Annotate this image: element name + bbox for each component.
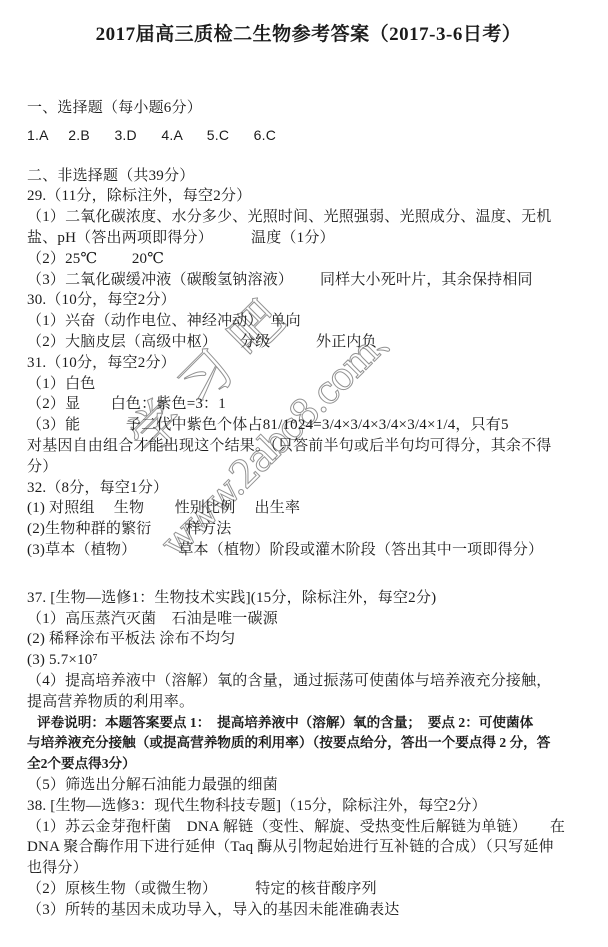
answer-line-37-5: （5）筛选出分解石油能力最强的细菌 (27, 775, 590, 796)
answer-line-31-3: （3）能 子二代中紫色个体占81/1024=3/4×3/4×3/4×3/4×1/… (27, 415, 590, 436)
answer-line-30-1: （1）兴奋（动作电位、神经冲动） 单向 (27, 311, 590, 332)
answer-line-29-1-cont: 盐、pH（答出两项即得分） 温度（1分） (27, 228, 590, 249)
answer-line-38-1-cont2: 也得分） (27, 858, 590, 879)
answer-line-38-1: （1）苏云金芽孢杆菌 DNA 解链（变性、解旋、受热变性后解链为单链） 在 (27, 817, 590, 838)
section-1-heading: 一、选择题（每小题6分） (27, 98, 590, 119)
document-page: 学习吧 www.2abc8.com、 2017届高三质检二生物参考答案（2017… (0, 0, 608, 947)
document-content: 2017届高三质检二生物参考答案（2017-3-6日考） 一、选择题（每小题6分… (0, 0, 608, 920)
grading-note-line-3: 全2个要点得3分） (27, 754, 590, 775)
answer-line-38-2: （2）原核生物（或微生物） 特定的核苷酸序列 (27, 879, 590, 900)
answer-line-30-2: （2）大脑皮层（高级中枢） 分级 外正内负 (27, 332, 590, 353)
question-32-header: 32.（8分，每空1分） (27, 478, 590, 499)
question-37-header: 37. [生物—选修1：生物技术实践](15分，除标注外，每空2分) (27, 588, 590, 609)
mcq-answers-row: 1.A 2.B 3.D 4.A 5.C 6.C (27, 125, 590, 146)
section-2-heading: 二、非选择题（共39分） (27, 166, 590, 187)
question-38-header: 38. [生物—选修3：现代生物科技专题]（15分，除标注外，每空2分） (27, 796, 590, 817)
answer-line-29-2: （2）25℃ 20℃ (27, 249, 590, 270)
answer-line-37-4: （4）提高培养液中（溶解）氧的含量，通过振荡可使菌体与培养液充分接触， (27, 671, 590, 692)
answer-line-37-4-cont: 提高营养物质的利用率。 (27, 692, 590, 713)
answer-line-31-1: （1）白色 (27, 374, 590, 395)
question-31-header: 31.（10分，每空2分） (27, 353, 590, 374)
page-title: 2017届高三质检二生物参考答案（2017-3-6日考） (27, 22, 590, 48)
answer-line-32-1: (1) 对照组 生物 性别比例 出生率 (27, 498, 590, 519)
answer-line-31-3-cont2: 分） (27, 457, 590, 478)
answer-line-37-2: (2) 稀释涂布平板法 涂布不均匀 (27, 629, 590, 650)
question-30-header: 30.（10分，每空2分） (27, 290, 590, 311)
grading-note-line-2: 与培养液充分接触（或提高营养物质的利用率）（按要点给分，答出一个要点得 2 分，… (27, 733, 590, 754)
answer-line-32-2: (2)生物种群的繁衍 样方法 (27, 519, 590, 540)
answer-line-38-1-cont1: DNA 聚合酶作用下进行延伸（Taq 酶从引物起始进行互补链的合成）（只写延伸 (27, 837, 590, 858)
answer-line-31-2: （2）显 白色：紫色=3：1 (27, 394, 590, 415)
answer-line-37-3: (3) 5.7×10⁷ (27, 650, 590, 671)
answer-line-31-3-cont1: 对基因自由组合才能出现这个结果。（只答前半句或后半句均可得分，其余不得 (27, 436, 590, 457)
answer-line-37-1: （1）高压蒸汽灭菌 石油是唯一碳源 (27, 609, 590, 630)
grading-note-line-1: 评卷说明：本题答案要点 1： 提高培养液中（溶解）氧的含量； 要点 2：可使菌体 (27, 713, 590, 734)
answer-line-29-3: （3）二氧化碳缓冲液（碳酸氢钠溶液） 同样大小死叶片，其余保持相同 (27, 270, 590, 291)
question-29-header: 29.（11分，除标注外，每空2分） (27, 186, 590, 207)
answer-line-38-3: （3）所转的基因未成功导入，导入的基因未能准确表达 (27, 900, 590, 921)
answer-line-32-3: (3)草本（植物） 草本（植物）阶段或灌木阶段（答出其中一项即得分） (27, 540, 590, 561)
answer-line-29-1: （1）二氧化碳浓度、水分多少、光照时间、光照强弱、光照成分、温度、无机 (27, 207, 590, 228)
